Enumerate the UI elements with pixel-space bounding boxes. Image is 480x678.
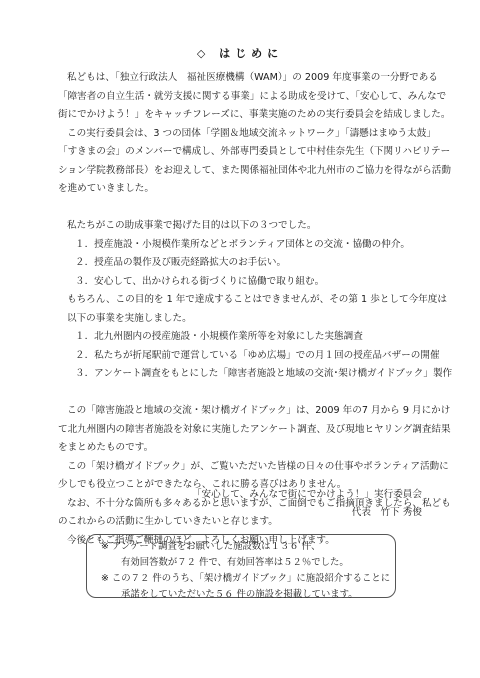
activity-item: １．北九州圏内の授産施設・小規模作業所等を対象にした実態調査	[58, 328, 424, 347]
text-line: 以下の事業を実施しました。	[58, 310, 424, 329]
text-line: この「障害施設と地域の交流・架け橋ガイドブック」は、2009 年の7 月から 9…	[58, 402, 424, 421]
text-line: 「すきまの会」のメンバーで構成し、外部専門委員として中村佳奈先生（下関リハビリテ…	[58, 143, 424, 162]
text-line: をまとめたものです。	[58, 439, 424, 458]
activities-list: １．北九州圏内の授産施設・小規模作業所等を対象にした実態調査 ２．私たちが折尾駅…	[58, 328, 424, 384]
signature-block: 「安心して、みんなで街にでかけよう！」実行委員会 代表 竹下 秀俊	[190, 486, 422, 522]
text-line: もちろん、この目的を 1 年で達成することはできませんが、その第 1 歩として今…	[58, 291, 424, 310]
goal-item: １．授産施設・小規模作業所などとボランティア団体との交流・協働の仲介。	[58, 236, 424, 255]
text-line: 私どもは、「独立行政法人 福祉医療機構（WAM）」の 2009 年度事業の一分野…	[58, 69, 424, 88]
text-line: て北九州圏内の障害者施設を対象に実施したアンケート調査、及び現地ヒヤリング調査結…	[58, 421, 424, 440]
goal-item: ３．安心して、出かけられる街づくりに協働で取り組む。	[58, 273, 424, 292]
goals-list: １．授産施設・小規模作業所などとボランティア団体との交流・協働の仲介。 ２．授産…	[58, 236, 424, 292]
signature-representative: 代表 竹下 秀俊	[190, 504, 422, 522]
text-line: 街にでかけよう！」をキャッチフレーズに、事業実施のための実行委員会を結成しました…	[58, 106, 424, 125]
spacer	[58, 384, 424, 403]
spacer	[58, 199, 424, 218]
paragraph-5: この「障害施設と地域の交流・架け橋ガイドブック」は、2009 年の7 月から 9…	[58, 402, 424, 458]
signature-organization: 「安心して、みんなで街にでかけよう！」実行委員会	[190, 486, 422, 504]
text-line: 「障害者の自立生活・就労支援に関する事業」による助成を受けて、「安心して、みんな…	[58, 88, 424, 107]
note-line: ※ この７２ 件のうち、「架け橋ガイドブック」に施設紹介することに	[101, 571, 395, 587]
text-line: この「架け橋ガイドブック」が、ご覧いただいた皆様の日々の仕事やボランティア活動に	[58, 458, 424, 477]
note-box: ※ アンケート調査をお願いした施設数は１３６ 件、 有効回答数が７２ 件で、有効…	[86, 534, 396, 598]
paragraph-2: この実行委員会は、3 つの団体「学園＆地域交流ネットワーク」「濤懸はまゆう太鼓」…	[58, 125, 424, 199]
note-line: ※ アンケート調査をお願いした施設数は１３６ 件、	[101, 539, 395, 555]
activity-item: ２．私たちが折尾駅前で運営している「ゆめ広場」での月１回の授産品バザーの開催	[58, 347, 424, 366]
note-line: 承諾をしていただいた５６ 件の施設を掲載しています。	[101, 587, 395, 603]
paragraph-4: もちろん、この目的を 1 年で達成することはできませんが、その第 1 歩として今…	[58, 291, 424, 328]
goals-intro: 私たちがこの助成事業で掲げた目的は以下の３つでした。	[58, 217, 424, 236]
note-line: 有効回答数が７２ 件で、有効回答率は５２％でした。	[101, 555, 395, 571]
paragraph-1: 私どもは、「独立行政法人 福祉医療機構（WAM）」の 2009 年度事業の一分野…	[58, 69, 424, 125]
activity-item: ３．アンケート調査をもとにした「障害者施設と地域の交流･架け橋ガイドブック」製作	[58, 365, 424, 384]
text-line: を進めていきました。	[58, 180, 424, 199]
section-title: ◇ はじめに	[0, 45, 480, 61]
document-body: 私どもは、「独立行政法人 福祉医療機構（WAM）」の 2009 年度事業の一分野…	[58, 69, 424, 550]
text-line: この実行委員会は、3 つの団体「学園＆地域交流ネットワーク」「濤懸はまゆう太鼓」	[58, 125, 424, 144]
goal-item: ２．授産品の製作及び販売経路拡大のお手伝い。	[58, 254, 424, 273]
text-line: ション学院教務部長）をお迎えして、また関係福祉団体や北九州市のご協力を得ながら活…	[58, 162, 424, 181]
